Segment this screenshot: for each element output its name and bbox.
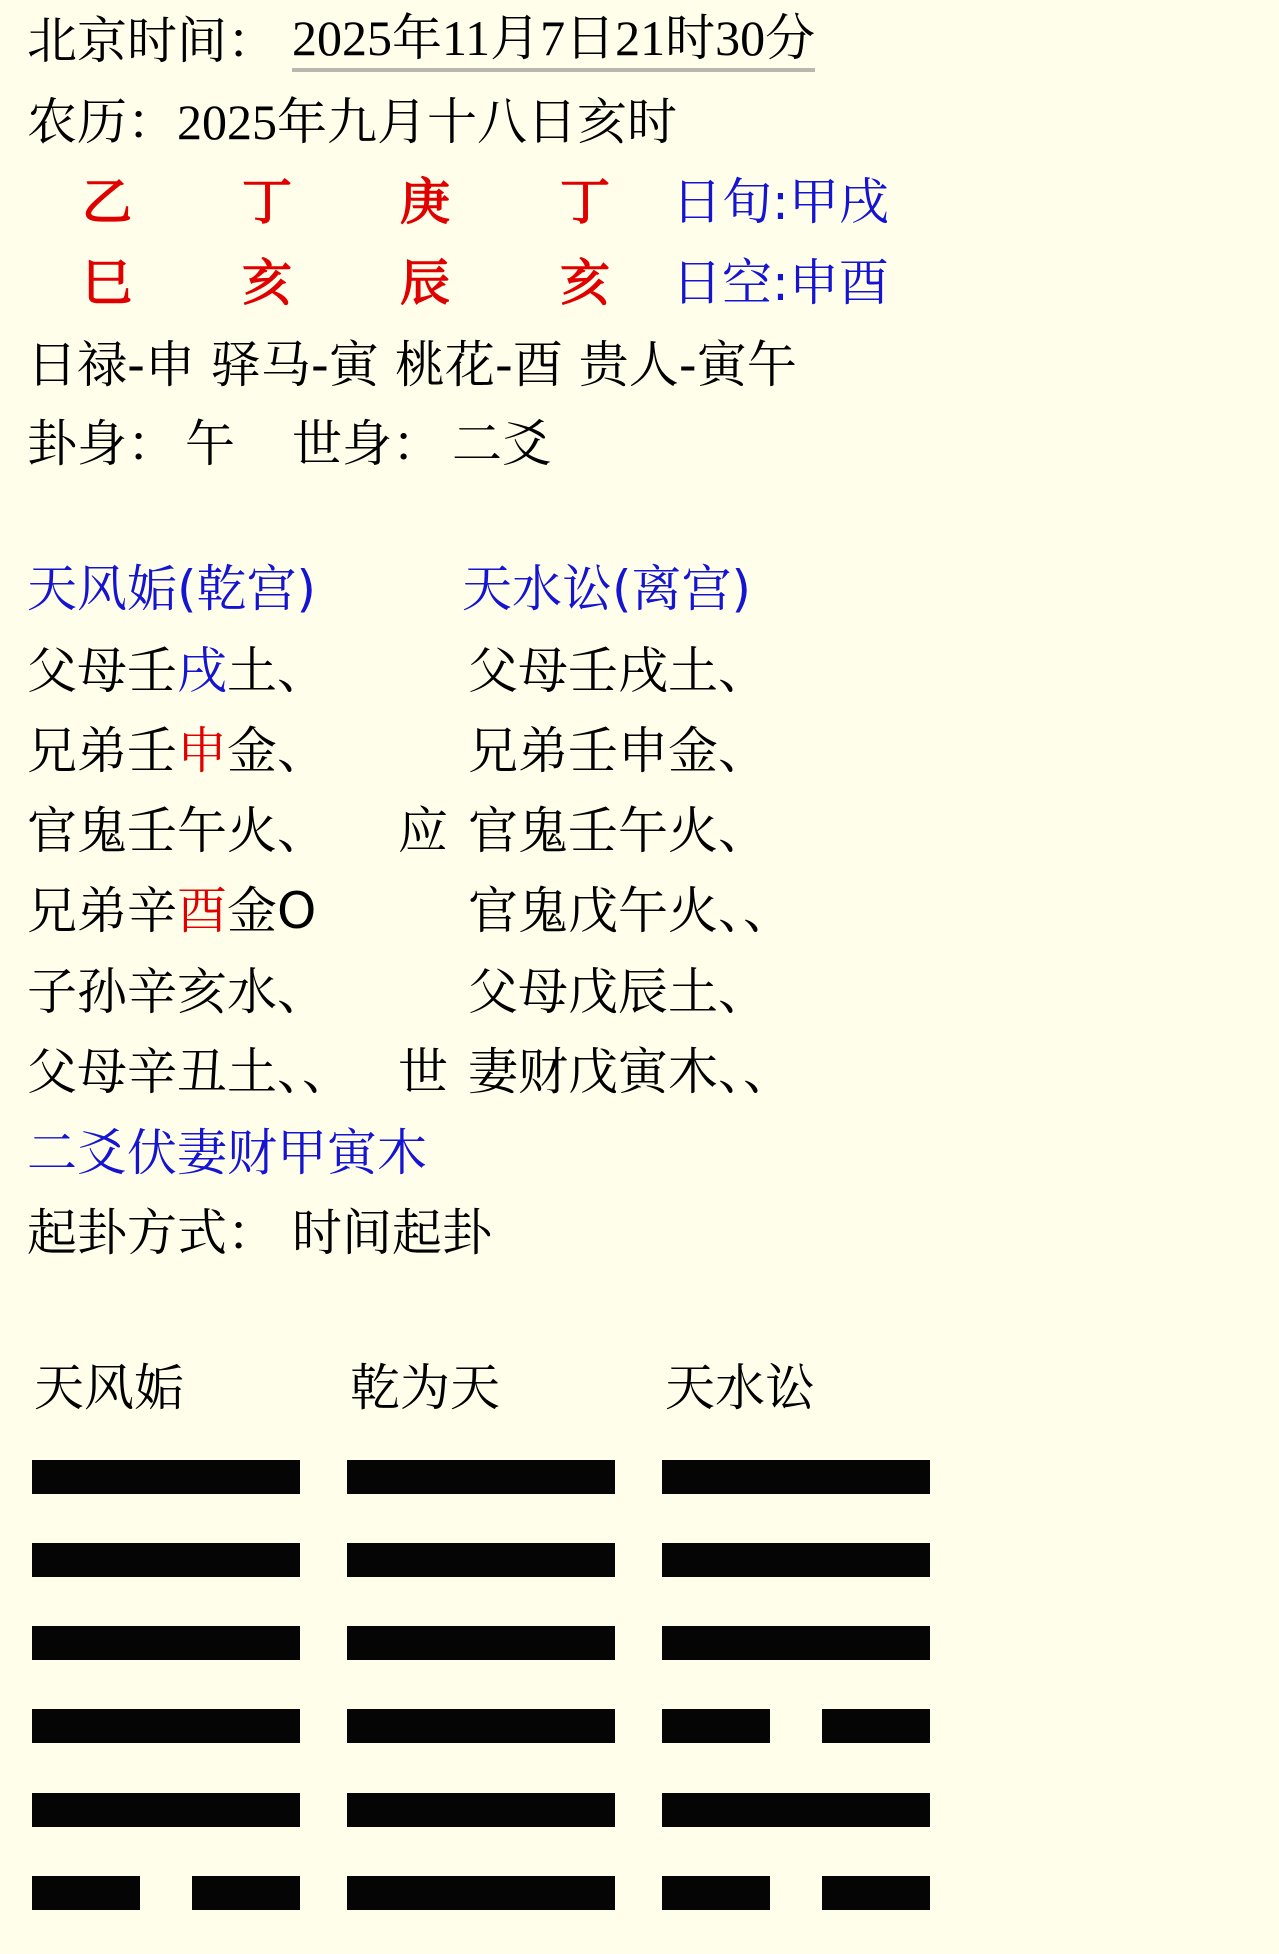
hour-branch: 亥 (560, 252, 610, 314)
beijing-time-label: 北京时间： (27, 10, 277, 72)
yang-line (347, 1626, 615, 1660)
yang-line (347, 1876, 615, 1910)
year-branch: 巳 (82, 252, 132, 314)
changed-gua-line: 父母戊辰土、 (468, 961, 768, 1023)
year-stem: 乙 (82, 171, 132, 233)
day-kong: 日空:申酉 (672, 252, 889, 314)
gua-shen-label: 卦身： (27, 413, 177, 475)
day-xun: 日旬:甲戌 (672, 171, 889, 233)
hexagram-name: 天风姤 (34, 1357, 184, 1419)
yang-line (347, 1543, 615, 1577)
lunar-label: 农历：2025年九月十八日亥时 (27, 91, 677, 153)
yin-line-segment (662, 1709, 770, 1743)
yang-line (347, 1793, 615, 1827)
main-shi-ying-marker: 世 (398, 1041, 448, 1103)
yang-line (32, 1709, 300, 1743)
changed-gua-line: 官鬼戊午火、、 (468, 880, 793, 942)
gua-shen-value: 午 (185, 413, 235, 475)
main-gua-line: 兄弟壬申金、 (27, 720, 327, 782)
hour-stem: 丁 (560, 171, 610, 233)
yang-line (662, 1793, 930, 1827)
main-shi-ying-marker: 应 (398, 800, 448, 862)
day-stem: 庚 (400, 171, 450, 233)
yin-line-segment (32, 1876, 140, 1910)
changed-gua-line: 父母壬戌土、 (468, 640, 768, 702)
main-gua-line: 父母辛丑土、、 (27, 1041, 352, 1103)
lunar-value: 2025年九月十八日亥时 (177, 94, 677, 150)
hidden-line: 二爻伏妻财甲寅木 (27, 1122, 427, 1184)
hexagram-name: 天水讼 (665, 1357, 815, 1419)
main-gua-line: 官鬼壬午火、 (27, 800, 327, 862)
method-value: 时间起卦 (292, 1202, 492, 1264)
yang-line (32, 1543, 300, 1577)
changed-gua-line: 妻财戊寅木、、 (468, 1041, 793, 1103)
main-gua-line: 父母壬戌土、 (27, 640, 327, 702)
changed-gua-title: 天水讼(离宫) (462, 558, 751, 620)
yang-line (32, 1626, 300, 1660)
yang-line (662, 1543, 930, 1577)
yin-line-segment (822, 1876, 930, 1910)
main-gua-line: 子孙辛亥水、 (27, 961, 327, 1023)
yin-line-segment (192, 1876, 300, 1910)
hexagram-name: 乾为天 (350, 1357, 500, 1419)
beijing-time-value: 2025年11月7日21时30分 (292, 10, 815, 72)
month-branch: 亥 (242, 252, 292, 314)
shi-shen-value: 二爻 (452, 413, 552, 475)
changed-gua-line: 兄弟壬申金、 (468, 720, 768, 782)
yang-line (32, 1793, 300, 1827)
main-gua-title: 天风姤(乾宫) (27, 558, 316, 620)
month-stem: 丁 (242, 171, 292, 233)
main-gua-line: 兄弟辛酉金O (27, 880, 316, 942)
yang-line (662, 1626, 930, 1660)
yang-line (347, 1709, 615, 1743)
shi-shen-label: 世身： (292, 413, 442, 475)
method-label: 起卦方式： (27, 1202, 277, 1264)
yin-line-segment (822, 1709, 930, 1743)
yang-line (32, 1460, 300, 1494)
yin-line-segment (662, 1876, 770, 1910)
shensha-text: 日禄-申 驿马-寅 桃花-酉 贵人-寅午 (27, 334, 797, 396)
yang-line (662, 1460, 930, 1494)
day-branch: 辰 (400, 252, 450, 314)
yang-line (347, 1460, 615, 1494)
changed-gua-line: 官鬼壬午火、 (468, 800, 768, 862)
